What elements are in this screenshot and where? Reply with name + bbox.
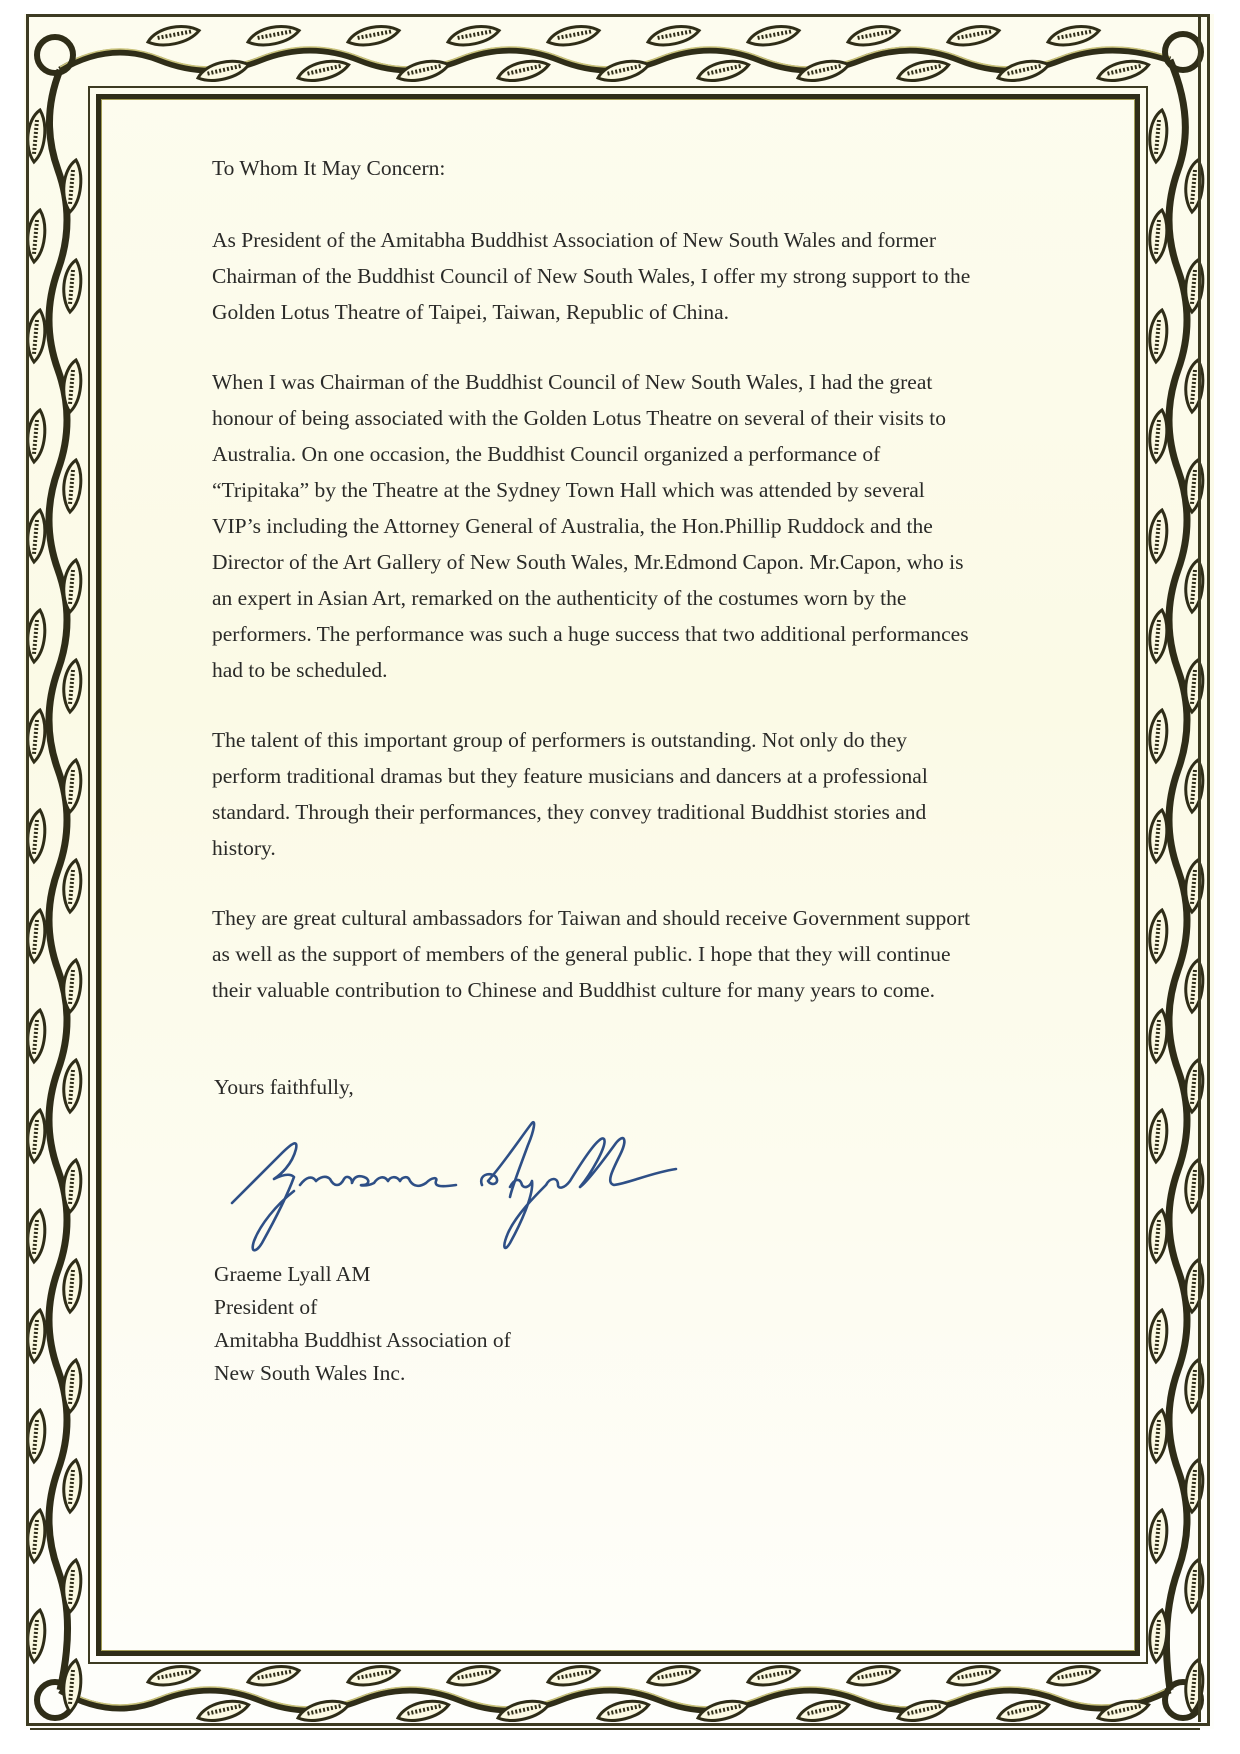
text-line: Golden Lotus Theatre of Taipei, Taiwan, …: [212, 294, 1092, 330]
letter-body: To Whom It May Concern: As President of …: [212, 150, 1092, 1042]
paragraph-4: They are great cultural ambassadors for …: [212, 900, 1092, 1008]
text-line: standard. Through their performances, th…: [212, 794, 1092, 830]
text-line: as well as the support of members of the…: [212, 936, 1092, 972]
signature-block: Graeme Lyall AM President of Amitabha Bu…: [214, 1258, 511, 1390]
signer-organization: Amitabha Buddhist Association of: [214, 1324, 511, 1357]
signer-title: President of: [214, 1291, 511, 1324]
paragraph-3: The talent of this important group of pe…: [212, 722, 1092, 866]
signer-organization-cont: New South Wales Inc.: [214, 1357, 511, 1390]
text-line: history.: [212, 830, 1092, 866]
text-line: Director of the Art Gallery of New South…: [212, 544, 1092, 580]
outer-frame-right-rule: [1198, 16, 1201, 1722]
text-line: “Tripitaka” by the Theatre at the Sydney…: [212, 472, 1092, 508]
text-line: had to be scheduled.: [212, 652, 1092, 688]
text-line: perform traditional dramas but they feat…: [212, 758, 1092, 794]
paragraph-1: As President of the Amitabha Buddhist As…: [212, 222, 1092, 330]
text-line: honour of being associated with the Gold…: [212, 400, 1092, 436]
text-line: The talent of this important group of pe…: [212, 722, 1092, 758]
text-line: an expert in Asian Art, remarked on the …: [212, 580, 1092, 616]
handwritten-signature: [220, 1115, 680, 1265]
text-line: As President of the Amitabha Buddhist As…: [212, 222, 1092, 258]
text-line: Australia. On one occasion, the Buddhist…: [212, 436, 1092, 472]
text-line: They are great cultural ambassadors for …: [212, 900, 1092, 936]
signer-name: Graeme Lyall AM: [214, 1258, 511, 1291]
salutation: To Whom It May Concern:: [212, 150, 1092, 186]
text-line: When I was Chairman of the Buddhist Coun…: [212, 364, 1092, 400]
paragraph-2: When I was Chairman of the Buddhist Coun…: [212, 364, 1092, 688]
text-line: their valuable contribution to Chinese a…: [212, 972, 1092, 1008]
text-line: VIP’s including the Attorney General of …: [212, 508, 1092, 544]
text-line: Chairman of the Buddhist Council of New …: [212, 258, 1092, 294]
text-line: performers. The performance was such a h…: [212, 616, 1092, 652]
complimentary-close: Yours faithfully,: [214, 1075, 354, 1100]
outer-frame-bottom-rule: [30, 1728, 1200, 1730]
